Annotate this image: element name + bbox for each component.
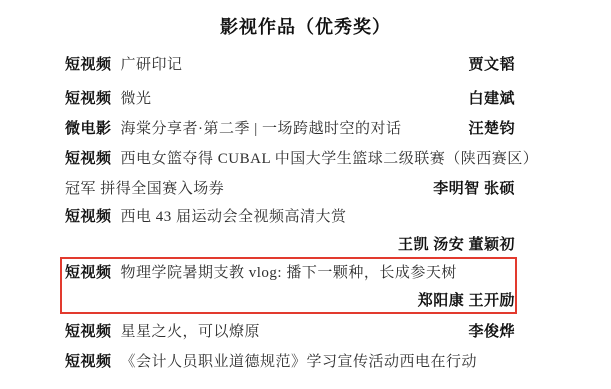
work-title: 广研印记	[121, 56, 183, 74]
authors: 李明智 张硕	[433, 180, 515, 198]
category-label: 短视频	[65, 150, 112, 168]
award-row: 短视频 微光 白建斌	[65, 90, 515, 108]
award-row-continuation: 冠军 拼得全国赛入场券 李明智 张硕	[65, 180, 515, 198]
work-title: 海棠分享者·第二季 | 一场跨越时空的对话	[121, 120, 402, 138]
award-row-left: 短视频 微光	[65, 90, 152, 108]
award-row-left: 短视频 物理学院暑期支教 vlog: 播下一颗种，长成参天树	[65, 264, 457, 282]
award-row-highlighted: 短视频 物理学院暑期支教 vlog: 播下一颗种，长成参天树	[65, 264, 515, 282]
award-row-left: 短视频 星星之火，可以燎原	[65, 323, 260, 341]
work-title-continuation: 冠军 拼得全国赛入场券	[65, 180, 224, 198]
award-row-left: 短视频 西电 43 届运动会全视频高清大赏	[65, 208, 347, 226]
category-label: 微电影	[65, 120, 112, 138]
authors: 李俊烨	[468, 323, 515, 341]
category-label: 短视频	[65, 264, 112, 282]
award-row-left: 短视频 西电女篮夺得 CUBAL 中国大学生篮球二级联赛（陕西赛区）	[65, 150, 538, 168]
authors: 郑阳康 王开励	[418, 293, 515, 309]
category-label: 短视频	[65, 56, 112, 74]
award-document-page: 影视作品（优秀奖） 短视频 广研印记 贾文韬 短视频 微光 白建斌 微电影 海棠…	[0, 0, 611, 389]
work-title: 微光	[121, 90, 152, 108]
authors-line: 王凯 汤安 董颖初	[65, 236, 515, 254]
authors: 贾文韬	[468, 56, 515, 74]
category-label: 短视频	[65, 353, 112, 371]
award-row-left: 短视频 《会计人员职业道德规范》学习宣传活动西电在行动	[65, 353, 477, 371]
award-row: 短视频 《会计人员职业道德规范》学习宣传活动西电在行动	[65, 353, 515, 371]
category-label: 短视频	[65, 323, 112, 341]
authors-line: 郑阳康 王开励	[65, 292, 515, 310]
authors: 白建斌	[468, 90, 515, 108]
award-row: 微电影 海棠分享者·第二季 | 一场跨越时空的对话 汪楚钧	[65, 120, 515, 138]
award-row-left: 短视频 广研印记	[65, 56, 183, 74]
work-title: 西电女篮夺得 CUBAL 中国大学生篮球二级联赛（陕西赛区）	[121, 150, 539, 168]
work-title: 西电 43 届运动会全视频高清大赏	[121, 208, 347, 226]
work-title: 星星之火，可以燎原	[121, 323, 261, 341]
award-row: 短视频 西电女篮夺得 CUBAL 中国大学生篮球二级联赛（陕西赛区）	[65, 150, 515, 168]
work-title: 《会计人员职业道德规范》学习宣传活动西电在行动	[121, 353, 478, 371]
work-title: 物理学院暑期支教 vlog: 播下一颗种，长成参天树	[121, 264, 457, 282]
authors: 王凯 汤安 董颖初	[398, 237, 515, 253]
award-row-left: 微电影 海棠分享者·第二季 | 一场跨越时空的对话	[65, 120, 402, 138]
authors: 汪楚钧	[468, 120, 515, 138]
category-label: 短视频	[65, 208, 112, 226]
page-title: 影视作品（优秀奖）	[0, 13, 611, 39]
category-label: 短视频	[65, 90, 112, 108]
award-row: 短视频 广研印记 贾文韬	[65, 56, 515, 74]
award-row: 短视频 星星之火，可以燎原 李俊烨	[65, 323, 515, 341]
award-row: 短视频 西电 43 届运动会全视频高清大赏	[65, 208, 515, 226]
